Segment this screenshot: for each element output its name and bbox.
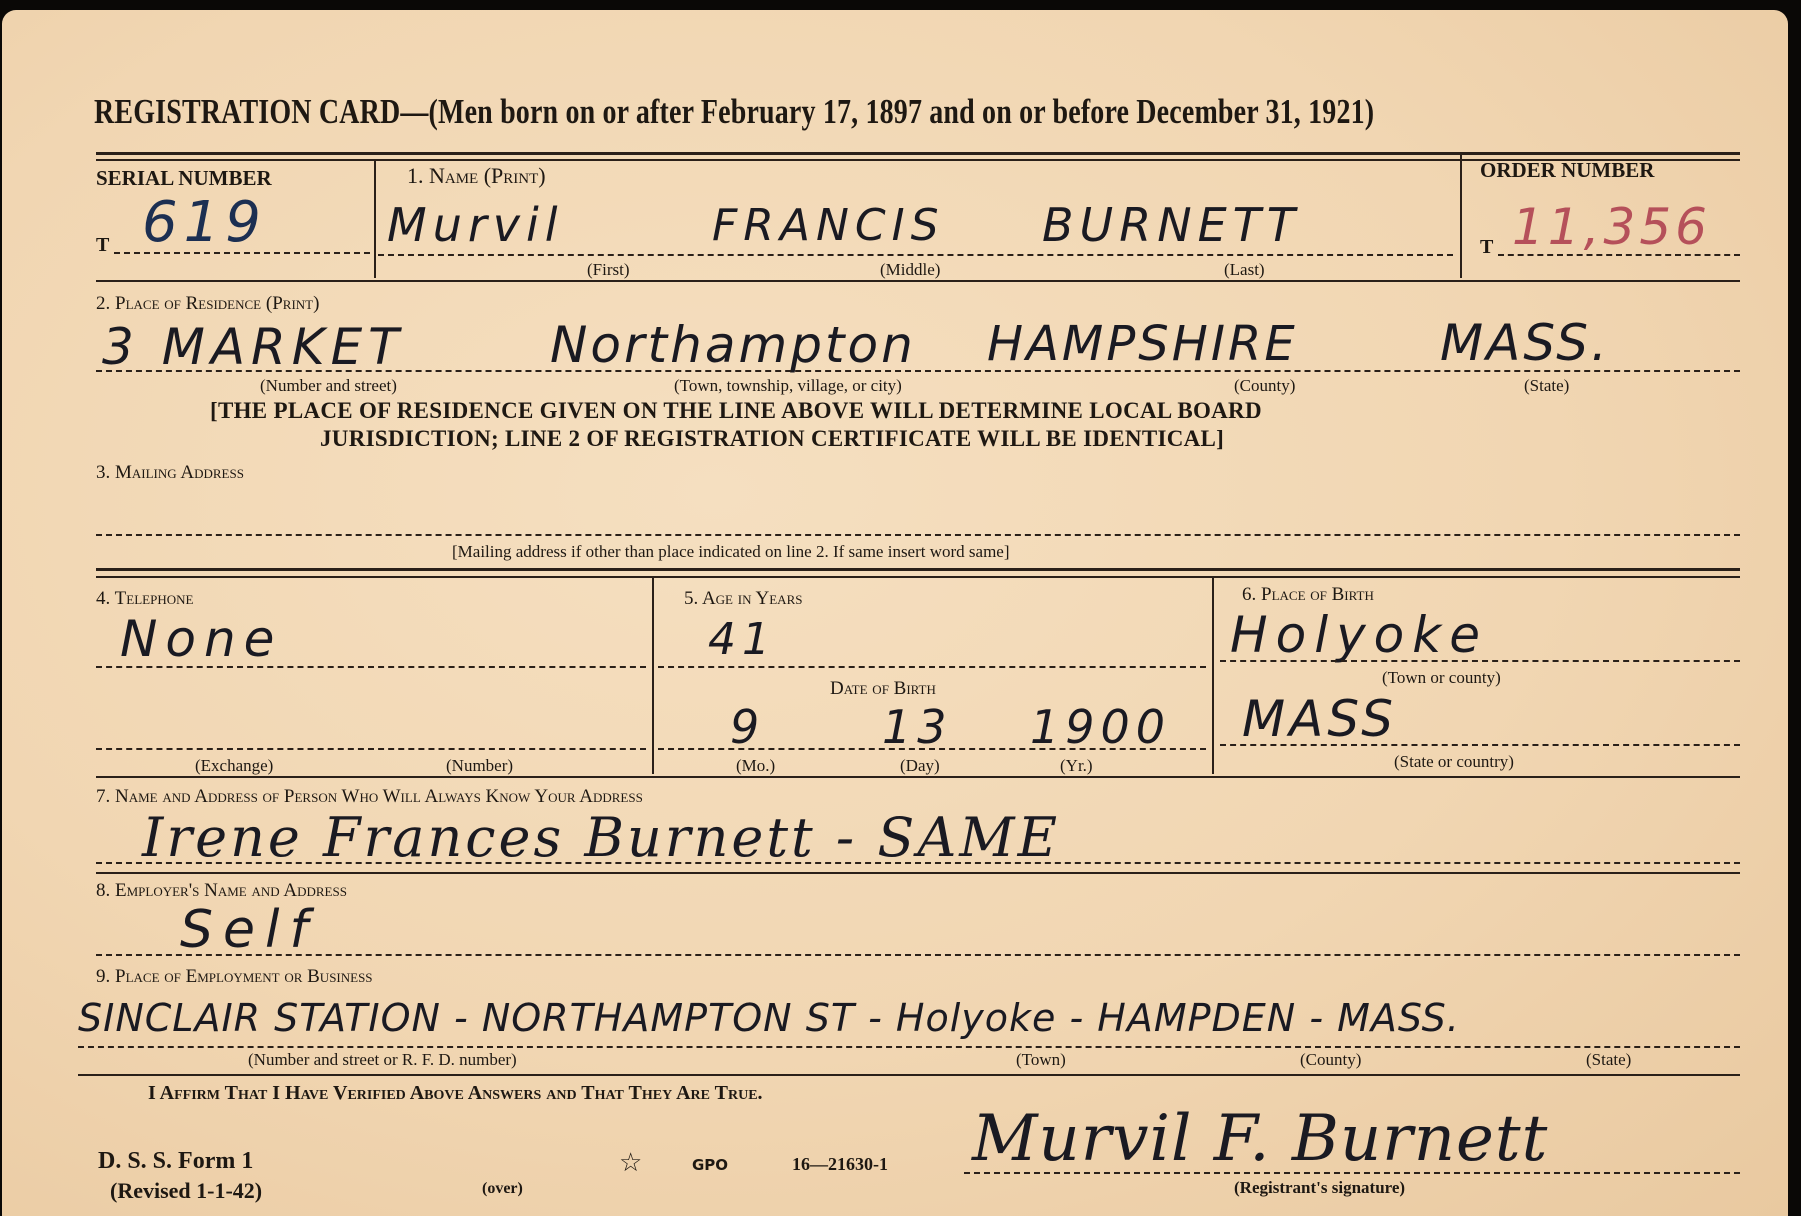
mailing-address-label: 3. Mailing Address [96,462,244,484]
date-of-birth-label: Date of Birth [830,678,936,700]
name-middle-caption: (Middle) [880,260,940,280]
dob-line [658,748,1206,750]
signature-line [964,1172,1740,1174]
divider [652,578,654,774]
mailing-address-line [96,534,1740,536]
gpo-mark: GPO [692,1156,728,1174]
dob-day: 13 [882,700,953,754]
residence-line [96,370,1740,372]
name-last-caption: (Last) [1224,260,1265,280]
age-label: 5. Age in Years [684,588,802,610]
row-divider [96,776,1740,778]
residence-street-caption: (Number and street) [260,376,397,396]
divider [374,160,376,278]
employment-value: SINCLAIR STATION - NORTHAMPTON ST - Holy… [78,996,1460,1040]
signature-caption: (Registrant's signature) [1234,1178,1405,1198]
title-rule-top [96,152,1740,155]
dob-month-caption: (Mo.) [736,756,775,776]
serial-line [114,252,370,254]
residence-town-caption: (Town, township, village, or city) [674,376,902,396]
serial-number-value: 619 [142,190,267,255]
contact-person-value: Irene Frances Burnett - SAME [142,806,1060,869]
registrant-signature: Murvil F. Burnett [972,1102,1548,1176]
divider [1460,155,1462,278]
name-first: Murvil [387,198,564,252]
residence-street: 3 MARKET [102,318,405,376]
residence-town: Northampton [550,316,916,374]
contact-person-label: 7. Name and Address of Person Who Will A… [96,786,643,808]
telephone-exchange-caption: (Exchange) [195,756,273,776]
residence-state: MASS. [1440,314,1610,372]
telephone-value: None [120,610,282,668]
employment-line [78,1046,1740,1048]
order-number-label: ORDER NUMBER [1480,158,1654,183]
dob-year-caption: (Yr.) [1060,756,1093,776]
name-line [378,254,1453,256]
order-number-value: 11,356 [1512,198,1711,256]
telephone-line-2 [96,748,646,750]
residence-state-caption: (State) [1524,376,1569,396]
name-first-caption: (First) [587,260,630,280]
row-divider [96,872,1740,874]
divider [1212,578,1214,774]
name-label: 1. Name (Print) [407,163,546,189]
birthplace-town-caption: (Town or county) [1382,668,1501,688]
mailing-address-caption: [Mailing address if other than place ind… [452,542,1010,562]
form-name: D. S. S. Form 1 [98,1148,253,1175]
age-value: 41 [708,614,776,665]
row-divider [96,280,1740,282]
name-last: BURNETT [1042,198,1301,252]
employment-street-caption: (Number and street or R. F. D. number) [248,1050,517,1070]
birthplace-town: Holyoke [1230,606,1488,664]
employer-value: Self [180,900,318,960]
serial-prefix: T [96,234,109,257]
print-code: 16—21630-1 [792,1154,888,1175]
telephone-line-1 [96,666,646,668]
affirmation-text: I Affirm That I Have Verified Above Answ… [148,1082,763,1105]
age-line [658,666,1206,668]
registration-card: REGISTRATION CARD—(Men born on or after … [2,10,1788,1216]
dob-day-caption: (Day) [900,756,940,776]
row-divider [78,1074,1740,1076]
serial-number-label: SERIAL NUMBER [96,166,272,191]
employer-line [96,954,1740,956]
employment-county-caption: (County) [1300,1050,1361,1070]
employment-label: 9. Place of Employment or Business [96,966,373,988]
telephone-label: 4. Telephone [96,588,193,610]
name-middle: FRANCIS [712,200,945,251]
employment-state-caption: (State) [1586,1050,1631,1070]
section-rule-top [96,568,1740,571]
birthplace-state-line [1220,744,1740,746]
employer-label: 8. Employer's Name and Address [96,880,347,902]
dob-year: 1900 [1030,700,1171,754]
telephone-number-caption: (Number) [446,756,513,776]
residence-notice-line1: [THE PLACE OF RESIDENCE GIVEN ON THE LIN… [210,398,1262,424]
section-rule-bottom [96,576,1740,578]
residence-county: HAMPSHIRE [987,316,1298,372]
over-note: (over) [482,1180,523,1198]
residence-label: 2. Place of Residence (Print) [96,293,319,315]
star-icon: ☆ [619,1148,642,1178]
place-of-birth-label: 6. Place of Birth [1242,584,1374,606]
employment-town-caption: (Town) [1016,1050,1066,1070]
contact-person-line [96,862,1740,864]
order-line [1498,254,1740,256]
dob-month: 9 [730,700,765,754]
birthplace-state: MASS [1242,690,1397,748]
residence-county-caption: (County) [1234,376,1295,396]
birthplace-state-caption: (State or country) [1394,752,1514,772]
residence-notice-line2: JURISDICTION; LINE 2 OF REGISTRATION CER… [320,426,1224,452]
birthplace-town-line [1220,660,1740,662]
form-revised: (Revised 1-1-42) [110,1178,262,1204]
order-prefix: T [1480,236,1493,259]
card-title: REGISTRATION CARD—(Men born on or after … [94,92,1374,132]
